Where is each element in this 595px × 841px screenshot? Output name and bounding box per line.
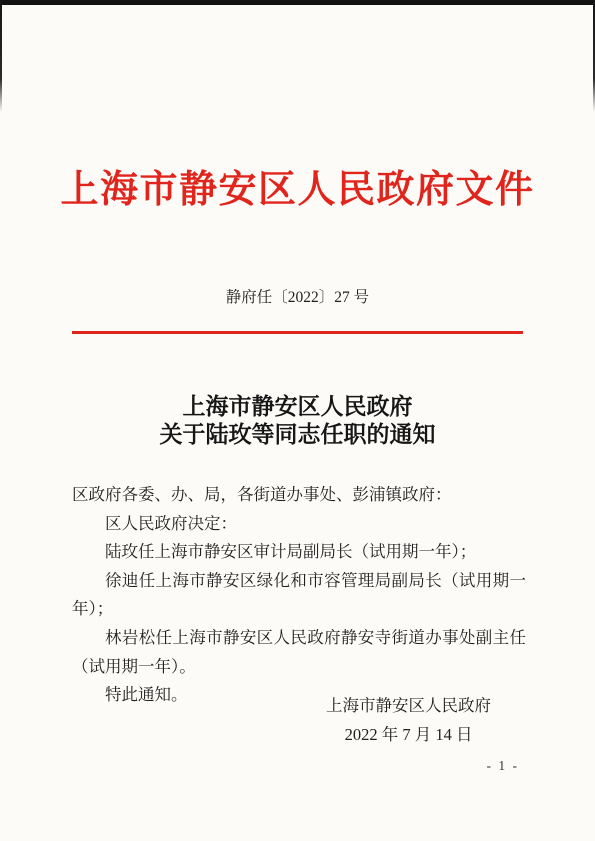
page-number: - 1 - [487,758,520,774]
scan-artifact-top-edge [0,0,595,5]
signature-authority: 上海市静安区人民政府 [326,691,491,720]
notice-paragraph-appointment-2: 徐迪任上海市静安区绿化和市容管理局副局长（试用期一年）； [72,567,526,624]
notice-paragraph-decision: 区人民政府决定： [72,510,526,539]
red-masthead-title: 上海市静安区人民政府文件 [0,167,595,213]
notice-salutation: 区政府各委、办、局，各街道办事处、彭浦镇政府： [72,481,526,510]
notice-title-line2: 关于陆玫等同志任职的通知 [0,421,595,449]
red-divider-line [72,331,523,334]
signature-date: 2022 年 7 月 14 日 [326,720,491,749]
notice-body: 区政府各委、办、局，各街道办事处、彭浦镇政府： 区人民政府决定： 陆玫任上海市静… [72,481,526,710]
scan-artifact-left-edge [0,0,2,112]
document-reference-number: 静府任〔2022〕27 号 [0,287,595,309]
notice-paragraph-appointment-1: 陆玫任上海市静安区审计局副局长（试用期一年）； [72,538,526,567]
notice-title: 上海市静安区人民政府 关于陆玫等同志任职的通知 [0,393,595,449]
signature-block: 上海市静安区人民政府 2022 年 7 月 14 日 [326,691,491,749]
document-page: 上海市静安区人民政府文件 静府任〔2022〕27 号 上海市静安区人民政府 关于… [0,0,595,841]
notice-title-line1: 上海市静安区人民政府 [0,393,595,421]
notice-paragraph-appointment-3: 林岩松任上海市静安区人民政府静安寺街道办事处副主任（试用期一年）。 [72,624,526,681]
